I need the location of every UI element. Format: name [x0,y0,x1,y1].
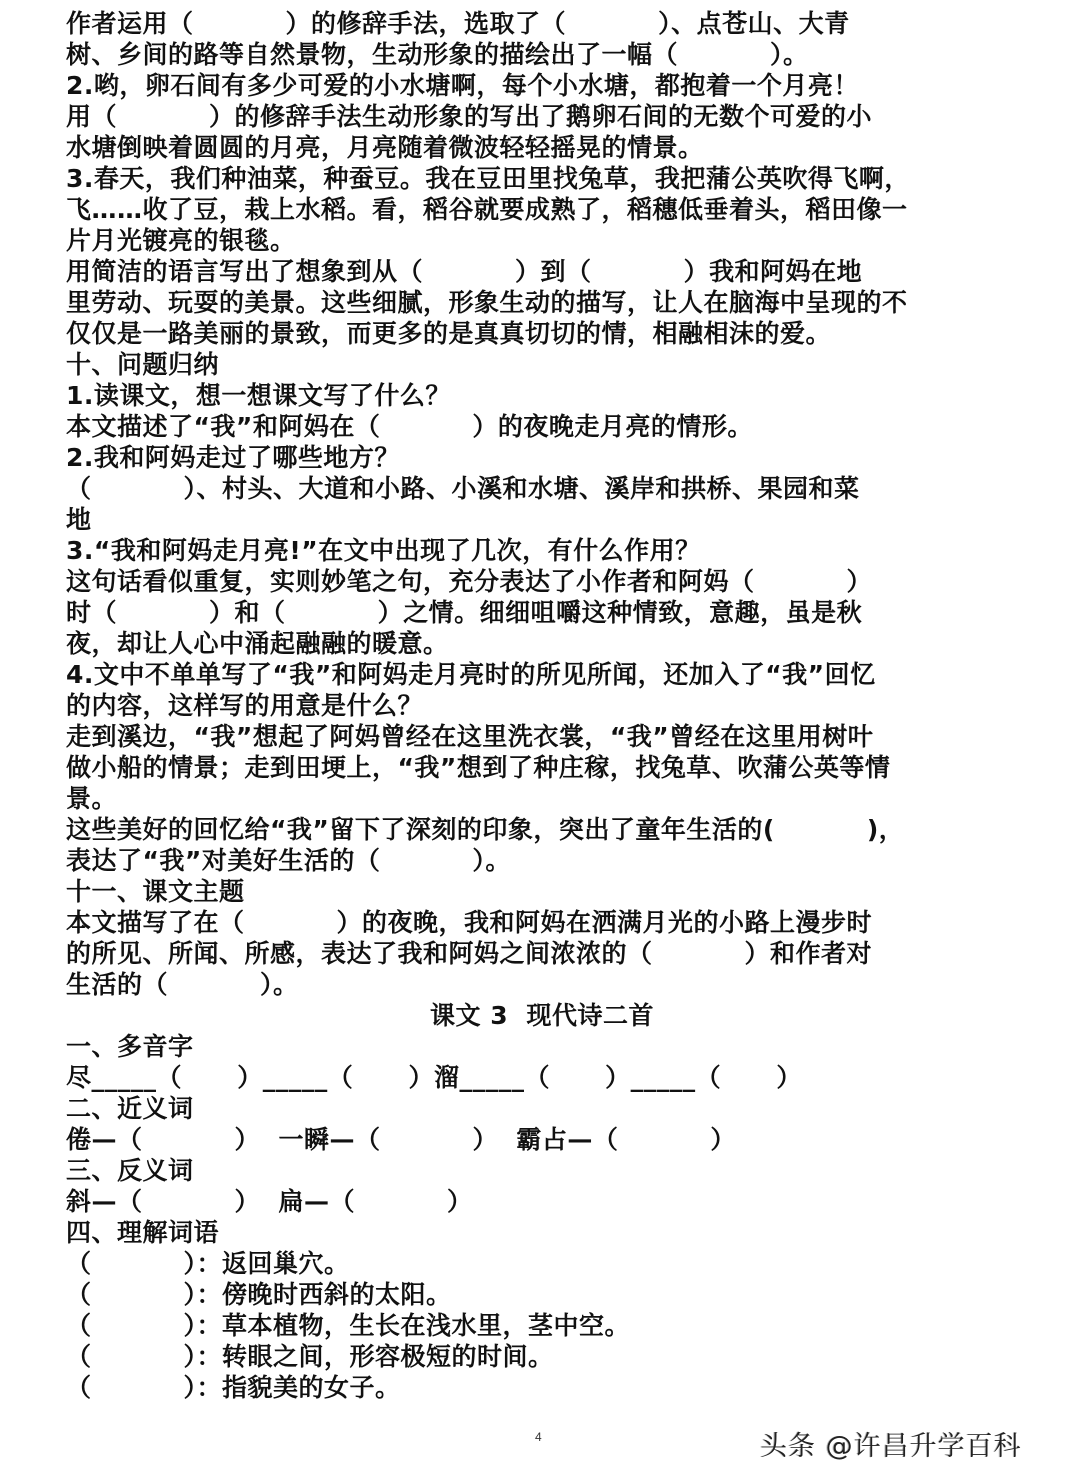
fill-in-line: 倦—（ ） 一瞬—（ ） 霸占—（ ） [66,1124,1018,1155]
question: 的内容，这样写的用意是什么？ [66,690,1018,721]
text-line: 做小船的情景；走到田埂上，“我”想到了种庄稼，找兔草、吹蒲公英等情 [66,752,1018,783]
text-line: 水塘倒映着圆圆的月亮，月亮随着微波轻轻摇晃的情景。 [66,132,1018,163]
question: 4.文中不单单写了“我”和阿妈走月亮时的所见所闻，还加入了“我”回忆 [66,659,1018,690]
watermark: 头条 @许昌升学百科 [760,1424,1022,1463]
text-line: 仅仅是一路美丽的景致，而更多的是真真切切的情，相融相沫的爱。 [66,318,1018,349]
fill-in-line: 尽_____（ ）_____（ ）溜_____（ ）_____（ ） [66,1062,1018,1093]
section-heading: 四、理解词语 [66,1217,1018,1248]
vocab-item: （ ）：傍晚时西斜的太阳。 [66,1279,1018,1310]
text-line: 本文描述了“我”和阿妈在（ ）的夜晚走月亮的情形。 [66,411,1018,442]
section-heading: 二、近义词 [66,1093,1018,1124]
text-line: 片月光镀亮的银毯。 [66,225,1018,256]
text-line: 树、乡间的路等自然景物，生动形象的描绘出了一幅（ ）。 [66,39,1018,70]
lesson-title: 课文 3 现代诗二首 [66,1000,1018,1031]
text-line: 生活的（ ）。 [66,969,1018,1000]
text-line: 这些美好的回忆给“我”留下了深刻的印象，突出了童年生活的( )， [66,814,1018,845]
page-number: 4 [535,1430,542,1444]
vocab-item: （ ）：指貌美的女子。 [66,1372,1018,1403]
text-line: （ ）、村头、大道和小路、小溪和水塘、溪岸和拱桥、果园和菜 [66,473,1018,504]
vocab-item: （ ）：草本植物，生长在浅水里，茎中空。 [66,1310,1018,1341]
text-line: 用简洁的语言写出了想象到从（ ）到（ ）我和阿妈在地 [66,256,1018,287]
document-page: 作者运用（ ）的修辞手法，选取了（ ）、点苍山、大青 树、乡间的路等自然景物，生… [66,8,1018,1403]
text-line: 景。 [66,783,1018,814]
text-line: 夜，却让人心中涌起融融的暖意。 [66,628,1018,659]
question: 3.“我和阿妈走月亮!”在文中出现了几次，有什么作用？ [66,535,1018,566]
question: 2.我和阿妈走过了哪些地方？ [66,442,1018,473]
text-line: 这句话看似重复，实则妙笔之句，充分表达了小作者和阿妈（ ） [66,566,1018,597]
text-line: 走到溪边，“我”想起了阿妈曾经在这里洗衣裳，“我”曾经在这里用树叶 [66,721,1018,752]
text-line: 表达了“我”对美好生活的（ ）。 [66,845,1018,876]
section-heading: 三、反义词 [66,1155,1018,1186]
text-line: 飞……收了豆，栽上水稻。看，稻谷就要成熟了，稻穗低垂着头，稻田像一 [66,194,1018,225]
question: 1.读课文，想一想课文写了什么？ [66,380,1018,411]
section-heading: 一、多音字 [66,1031,1018,1062]
text-line: 地 [66,504,1018,535]
text-line: 里劳动、玩耍的美景。这些细腻，形象生动的描写，让人在脑海中呈现的不 [66,287,1018,318]
text-line: 2.哟，卵石间有多少可爱的小水塘啊，每个小水塘，都抱着一个月亮！ [66,70,1018,101]
vocab-item: （ ）：转眼之间，形容极短的时间。 [66,1341,1018,1372]
vocab-item: （ ）：返回巢穴。 [66,1248,1018,1279]
text-line: 的所见、所闻、所感，表达了我和阿妈之间浓浓的（ ）和作者对 [66,938,1018,969]
fill-in-line: 斜—（ ） 扁—（ ） [66,1186,1018,1217]
section-heading: 十、问题归纳 [66,349,1018,380]
text-line: 3.春天，我们种油菜，种蚕豆。我在豆田里找兔草，我把蒲公英吹得飞啊， [66,163,1018,194]
text-line: 作者运用（ ）的修辞手法，选取了（ ）、点苍山、大青 [66,8,1018,39]
text-line: 时（ ）和（ ）之情。细细咀嚼这种情致，意趣，虽是秋 [66,597,1018,628]
text-line: 本文描写了在（ ）的夜晚，我和阿妈在洒满月光的小路上漫步时 [66,907,1018,938]
section-heading: 十一、课文主题 [66,876,1018,907]
text-line: 用（ ）的修辞手法生动形象的写出了鹅卵石间的无数个可爱的小 [66,101,1018,132]
